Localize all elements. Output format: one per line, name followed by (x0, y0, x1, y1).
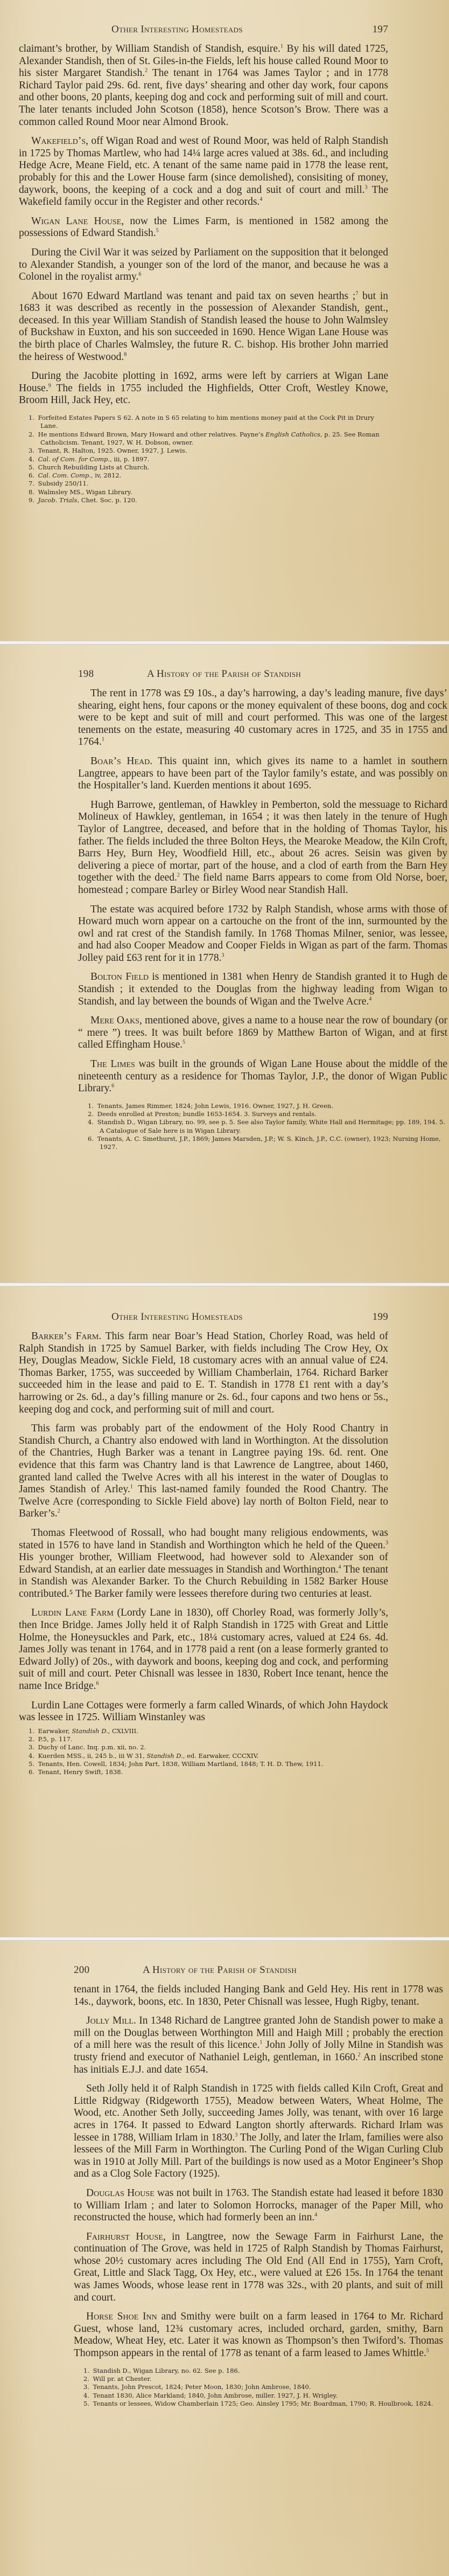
footnote: 4. Cal. of Com. for Comp., iii, p. 1897. (29, 455, 388, 463)
section-lead: Boar’s Head (90, 756, 150, 767)
book-page-198: 198 A History of the Parish of Standish … (0, 645, 449, 1283)
footnote: 5. Church Rebuilding Lists at Church. (29, 463, 388, 472)
paragraph: This farm was probably part of the endow… (19, 1423, 388, 1520)
section-lead: Wigan Lane House (31, 216, 121, 227)
footnote: 7. Subsidy 250/11. (29, 480, 388, 488)
running-title: Other Interesting Homesteads (111, 1311, 243, 1323)
page-body: claimant’s brother, by William Standish … (19, 43, 388, 407)
paragraph: Horse Shoe Inn and Smithy were built on … (74, 2311, 443, 2359)
paragraph: Seth Jolly held it of Ralph Standish in … (74, 2083, 443, 2180)
footnote: 2. Will pr. at Chester. (83, 2375, 443, 2383)
section-lead: Wakefield’s (31, 135, 86, 147)
paragraph: Jolly Mill. In 1348 Richard de Langtree … (74, 2015, 443, 2076)
paragraph: Mere Oaks, mentioned above, gives a name… (78, 1015, 447, 1051)
page-body: tenant in 1764, the fields included Hang… (74, 1984, 443, 2360)
page-body: Barker’s Farm. This farm near Boar’s Hea… (19, 1331, 388, 1724)
page-separator (0, 1283, 449, 1286)
paragraph: Douglas House was not built in 1763. The… (74, 2187, 443, 2224)
footnote: 6. Tenants, A. C. Smethurst, J.P., 1869;… (88, 1135, 447, 1152)
footnote: 3. Tenants, John Prescot, 1824; Peter Mo… (83, 2383, 443, 2391)
footnote: 6. Tenant, Henry Swift, 1838. (29, 1768, 388, 1776)
section-lead: Bolton Field (90, 971, 149, 982)
footnote: 3. Duchy of Lanc. Inq. p.m. xii, no. 2. (29, 1743, 388, 1751)
paragraph: claimant’s brother, by William Standish … (19, 43, 388, 128)
footnote: 9. Jacob. Trials, Chet. Soc. p. 120. (29, 496, 388, 504)
footnotes: 1. Tenants, James Rimmer, 1824; John Lew… (78, 1102, 447, 1152)
paragraph: Wakefield’s, off Wigan Road and west of … (19, 135, 388, 209)
paragraph: tenant in 1764, the fields included Hang… (74, 1984, 443, 2008)
footnote: 3. Tenant, R. Halton, 1925. Owner, 1927,… (29, 447, 388, 455)
page-separator (0, 1937, 449, 1941)
running-title: A History of the Parish of Standish (147, 668, 301, 680)
footnote: 2. Deeds enrolled at Preston; bundle 165… (88, 1110, 447, 1118)
paragraph: Fairhurst House, in Langtree, now the Se… (74, 2231, 443, 2304)
section-lead: Horse Shoe Inn (86, 2311, 157, 2322)
footnote: 4. Tenant 1830, Alice Markland; 1840, Jo… (83, 2392, 443, 2400)
section-lead: Douglas House (86, 2187, 155, 2199)
footnote: 4. Standish D., Wigan Library, no. 99, s… (88, 1118, 447, 1135)
section-lead: Mere Oaks (90, 1015, 139, 1026)
page-number: 198 (78, 668, 94, 680)
paragraph: Lurdin Lane Farm (Lordy Lane in 1830), o… (19, 1607, 388, 1692)
running-head: 198 A History of the Parish of Standish (78, 668, 447, 688)
paragraph: The Limes was built in the grounds of Wi… (78, 1058, 447, 1095)
footnote: 5. Tenants, Hen. Cowell, 1834; John Part… (29, 1760, 388, 1768)
page-separator (0, 641, 449, 645)
section-lead: Lurdin Lane Farm (31, 1607, 114, 1618)
footnotes: 1. Forfeited Estates Papers S 62. A note… (19, 414, 388, 504)
running-head: Other Interesting Homesteads 197 (19, 24, 388, 43)
book-page-197: Other Interesting Homesteads 197 claiman… (0, 0, 449, 641)
page-number: 197 (373, 24, 388, 36)
paragraph: The rent in 1778 was £9 10s., a day’s ha… (78, 688, 447, 749)
paragraph: Thomas Fleetwood of Rossall, who had bou… (19, 1527, 388, 1601)
footnote: 1. Forfeited Estates Papers S 62. A note… (29, 414, 388, 431)
paragraph: Lurdin Lane Cottages were formerly a far… (19, 1700, 388, 1724)
page-number: 200 (74, 1964, 89, 1976)
book-page-200: 200 A History of the Parish of Standish … (0, 1941, 449, 2576)
footnote: 1. Earwaker, Standish D., CXLVIII. (29, 1727, 388, 1735)
running-head: Other Interesting Homesteads 199 (19, 1311, 388, 1331)
footnotes: 1. Standish D., Wigan Library, no. 62. S… (74, 2367, 443, 2408)
paragraph: During the Jacobite plotting in 1692, ar… (19, 370, 388, 407)
book-page-199: Other Interesting Homesteads 199 Barker’… (0, 1286, 449, 1937)
paragraph: The estate was acquired before 1732 by R… (78, 904, 447, 965)
section-lead: The Limes (90, 1058, 135, 1070)
section-lead: Barker’s Farm (31, 1331, 99, 1342)
footnote: 2. He mentions Edward Brown, Mary Howard… (29, 431, 388, 447)
paragraph: During the Civil War it was seized by Pa… (19, 247, 388, 283)
paragraph: Boar’s Head. This quaint inn, which give… (78, 756, 447, 792)
running-head: 200 A History of the Parish of Standish (74, 1964, 443, 1984)
section-lead: Fairhurst House (86, 2231, 163, 2242)
footnotes: 1. Earwaker, Standish D., CXLVIII. 2. P.… (19, 1727, 388, 1777)
footnote: 2. P.5, p. 117. (29, 1735, 388, 1743)
running-title: A History of the Parish of Standish (143, 1964, 297, 1976)
footnote: 1. Tenants, James Rimmer, 1824; John Lew… (88, 1102, 447, 1110)
footnote: 1. Standish D., Wigan Library, no. 62. S… (83, 2367, 443, 2375)
footnote: 8. Walmsley MS., Wigan Library. (29, 488, 388, 496)
page-number: 199 (373, 1311, 388, 1323)
running-title: Other Interesting Homesteads (111, 24, 243, 36)
paragraph: Bolton Field is mentioned in 1381 when H… (78, 971, 447, 1008)
paragraph: Wigan Lane House, now the Limes Farm, is… (19, 216, 388, 240)
footnote: 5. Tenants or lessees, Widow Chamberlain… (83, 2400, 443, 2408)
section-lead: Jolly Mill (86, 2015, 134, 2026)
paragraph: Barker’s Farm. This farm near Boar’s Hea… (19, 1331, 388, 1416)
footnote: 6. Cal. Com. Comp., iv, 2812. (29, 472, 388, 480)
footnote: 4. Kuerden MSS., ii, 245 b., iii W 31, S… (29, 1752, 388, 1760)
paragraph: Hugh Barrowe, gentleman, of Hawkley in P… (78, 799, 447, 897)
paragraph: About 1670 Edward Martland was tenant an… (19, 290, 388, 364)
page-body: The rent in 1778 was £9 10s., a day’s ha… (78, 688, 447, 1095)
